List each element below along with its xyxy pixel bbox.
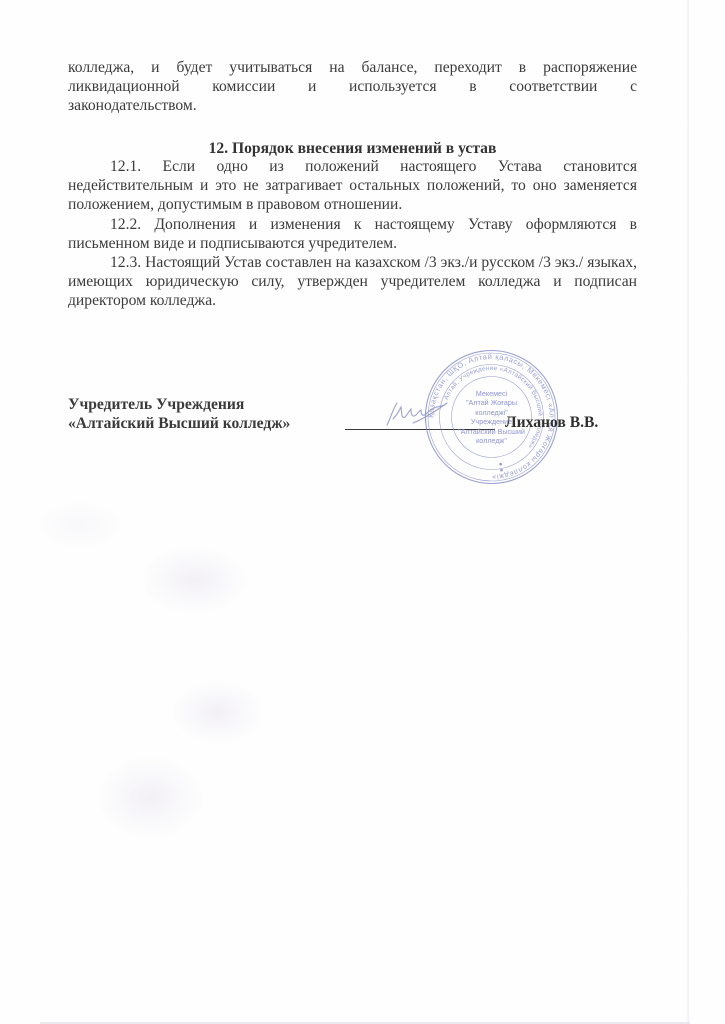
handwritten-signature bbox=[383, 397, 453, 429]
scan-smudge bbox=[170, 680, 265, 745]
clause-12-3: 12.3. Настоящий Устав составлен на казах… bbox=[68, 253, 637, 311]
founder-organization: «Алтайский Высший колледж» bbox=[68, 414, 290, 433]
scan-smudge bbox=[95, 755, 205, 840]
intro-paragraph: колледжа, и будет учитываться на балансе… bbox=[68, 58, 637, 116]
founder-block: Учредитель Учреждения «Алтайский Высший … bbox=[68, 395, 290, 433]
clauses-block: 12.1. Если одно из положений настоящего … bbox=[68, 157, 637, 311]
signer-name: Лиханов В.В. bbox=[505, 413, 598, 432]
scan-smudge bbox=[140, 545, 250, 615]
intro-line: ликвидационной комиссии и используется в… bbox=[68, 77, 637, 96]
scan-edge-right bbox=[686, 0, 689, 1024]
founder-title: Учредитель Учреждения bbox=[68, 395, 290, 414]
intro-line: законодательством. bbox=[68, 96, 637, 115]
clause-12-2: 12.2. Дополнения и изменения к настоящем… bbox=[68, 215, 637, 253]
intro-line: колледжа, и будет учитываться на балансе… bbox=[68, 58, 637, 77]
document-page: колледжа, и будет учитываться на балансе… bbox=[0, 0, 725, 1024]
scan-smudge bbox=[35, 500, 125, 550]
clause-12-1: 12.1. Если одно из положений настоящего … bbox=[68, 157, 637, 215]
section-heading: 12. Порядок внесения изменений в устав bbox=[68, 139, 637, 158]
